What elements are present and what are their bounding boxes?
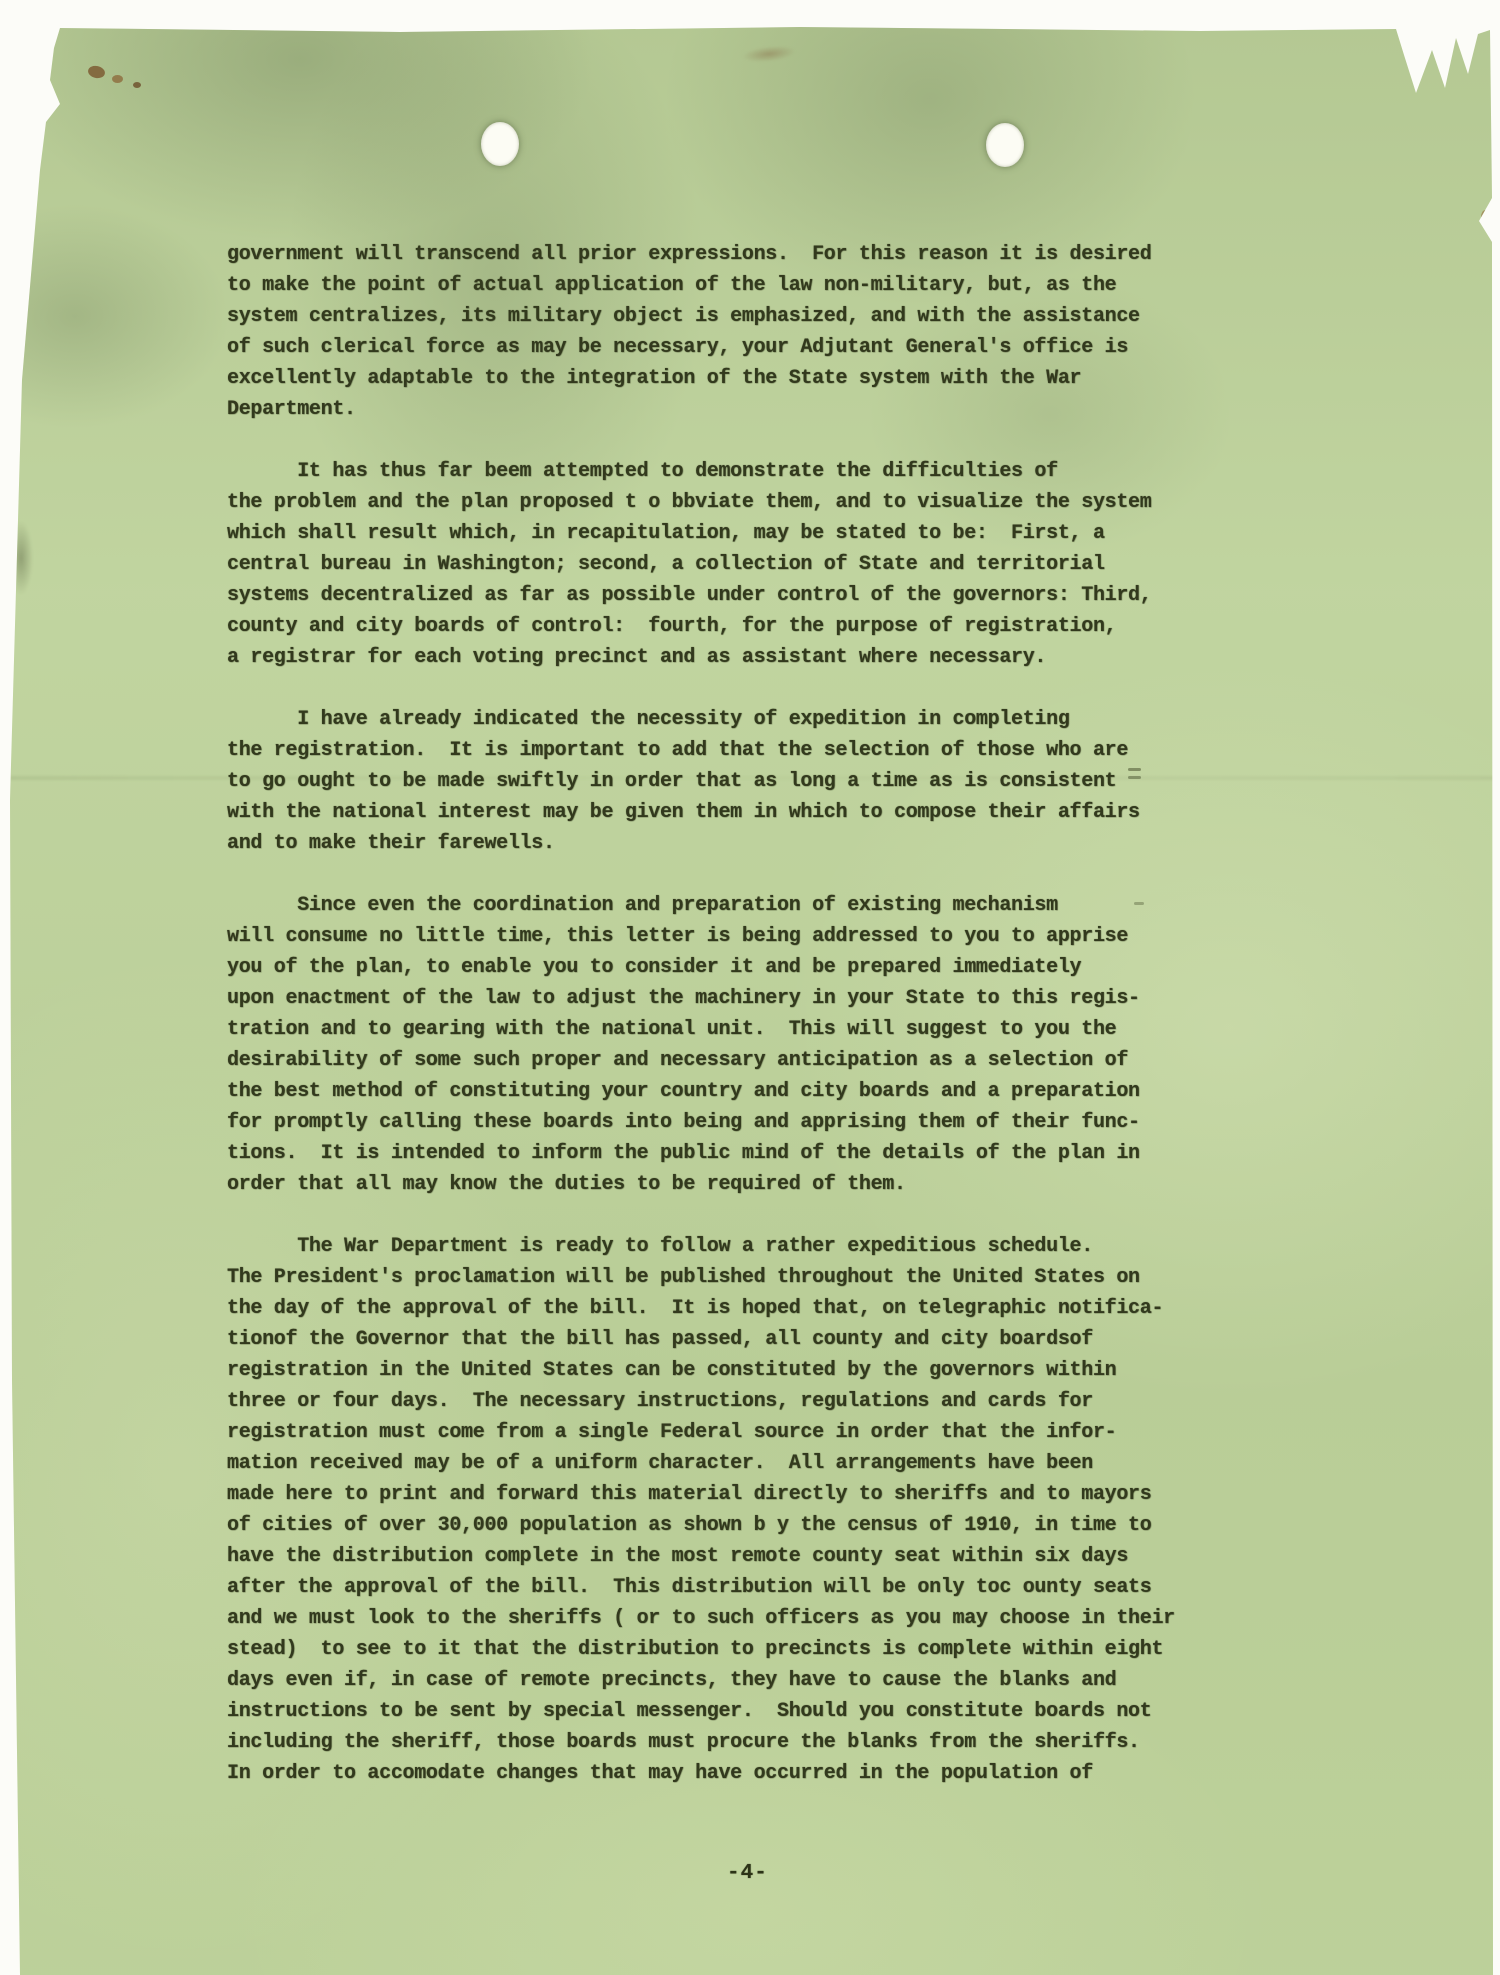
paper-damage-speck <box>1481 210 1490 224</box>
faint-pencil-mark <box>732 40 806 67</box>
paper-damage-speck <box>112 75 123 83</box>
paragraph-5: The War Department is ready to follow a … <box>227 1231 1175 1789</box>
edge-smudge <box>6 512 36 604</box>
paragraph-3: I have already indicated the necessity o… <box>227 704 1175 859</box>
edge-ink-mark <box>4 381 19 386</box>
paragraph-4: Since even the coordination and preparat… <box>227 890 1175 1200</box>
paragraph-2: It has thus far beem attempted to demons… <box>227 456 1175 673</box>
letter-body: government will transcend all prior expr… <box>227 239 1175 1820</box>
paper-damage-speck <box>133 82 141 88</box>
page-number: -4- <box>727 1862 768 1885</box>
paper-damage-speck <box>87 64 106 79</box>
punch-hole-right <box>986 123 1024 167</box>
punch-hole-left <box>481 122 519 166</box>
paper-damage-speck <box>1418 58 1426 66</box>
scanned-document: government will transcend all prior expr… <box>0 0 1500 1975</box>
edge-ink-mark <box>2 365 22 371</box>
letter-page: government will transcend all prior expr… <box>0 0 1500 1975</box>
paragraph-1: government will transcend all prior expr… <box>227 239 1175 425</box>
